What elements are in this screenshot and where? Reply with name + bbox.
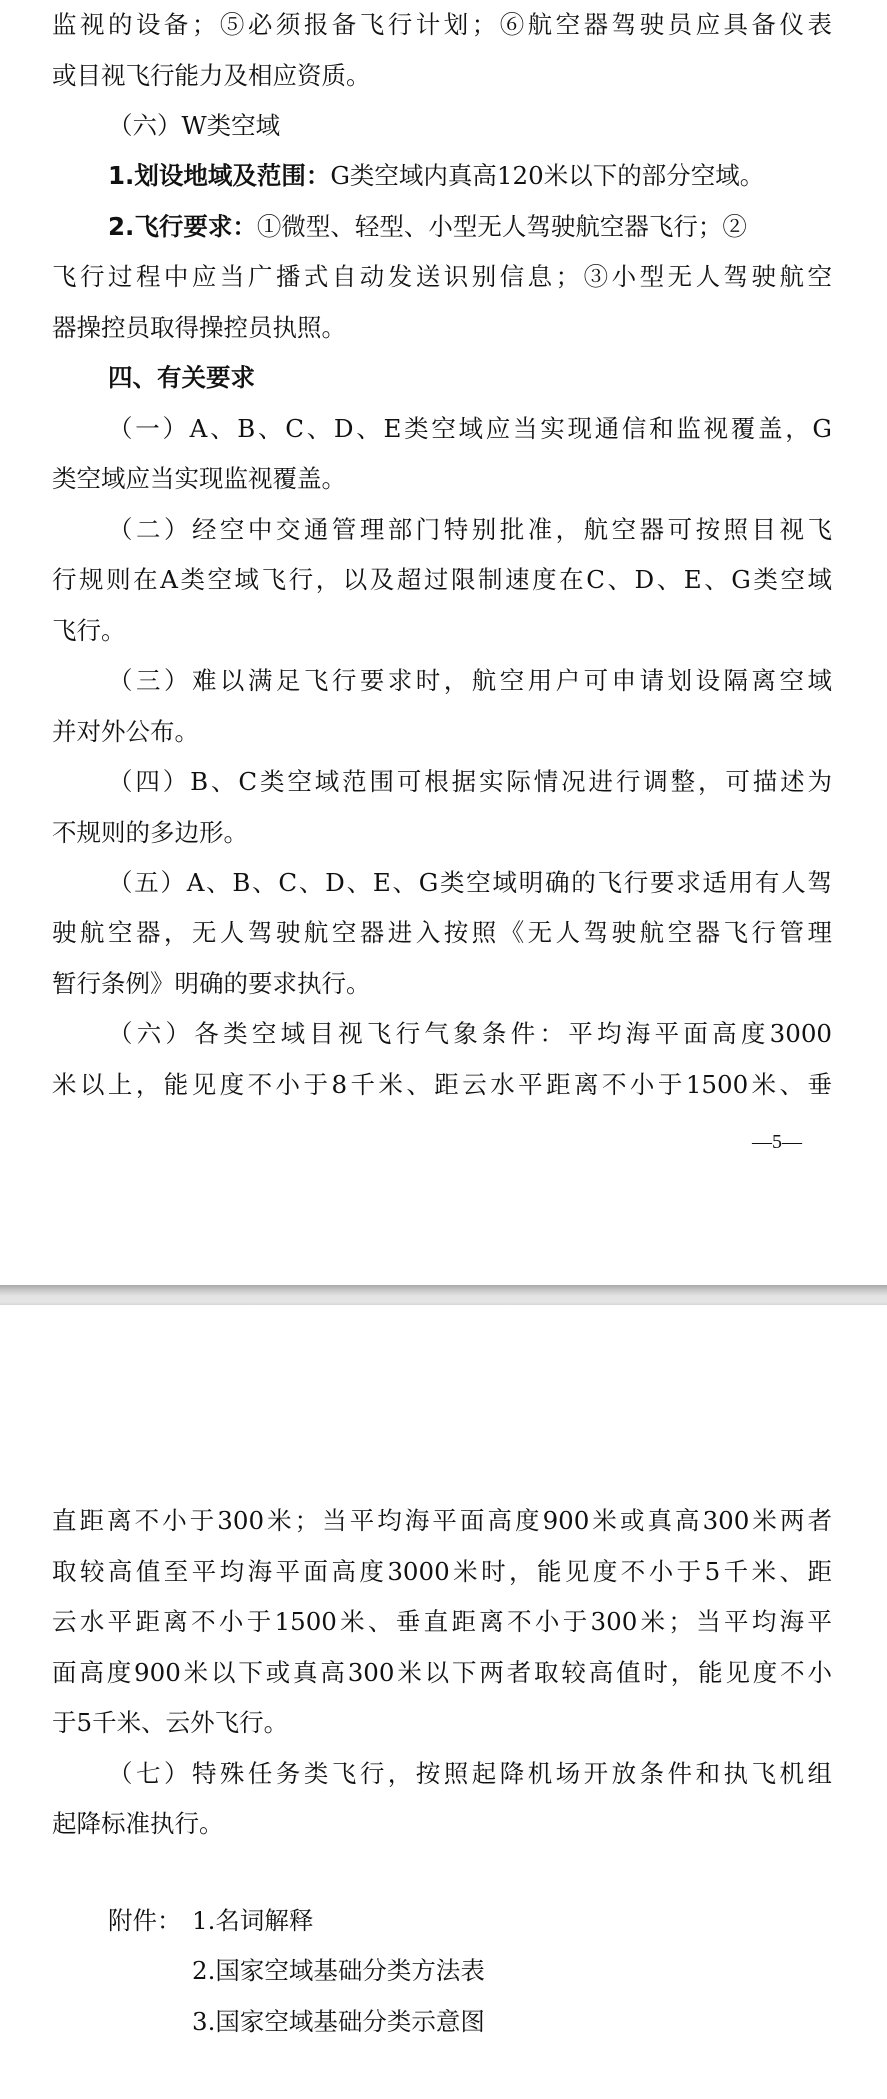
paragraph-line: （三）难以满足飞行要求时，航空用户可申请划设隔离空域 xyxy=(108,666,832,696)
paragraph-line: 直距离不小于300米；当平均海平面高度900米或真高300米两者 xyxy=(52,1506,832,1536)
attachment-item: 1.名词解释 xyxy=(192,1906,313,1936)
paragraph-line: 并对外公布。 xyxy=(52,717,832,747)
paragraph-line: 暂行条例》明确的要求执行。 xyxy=(52,969,832,999)
paragraph-line: 取较高值至平均海平面高度3000米时，能见度不小于5千米、距 xyxy=(52,1557,832,1587)
paragraph-line: （二）经空中交通管理部门特别批准，航空器可按照目视飞 xyxy=(108,515,832,545)
attachment-item: 3.国家空域基础分类示意图 xyxy=(192,2007,485,2037)
paragraph-line: 2.飞行要求：①微型、轻型、小型无人驾驶航空器飞行；② xyxy=(108,212,832,242)
paragraph-line: 于5千米、云外飞行。 xyxy=(52,1708,832,1738)
paragraph-line: 起降标准执行。 xyxy=(52,1809,832,1839)
page-separator xyxy=(0,1285,887,1305)
attachment-item: 2.国家空域基础分类方法表 xyxy=(192,1956,485,1986)
section-heading-w-airspace: （六）W类空域 xyxy=(108,111,832,141)
paragraph-line: 1.划设地域及范围：G类空域内真高120米以下的部分空域。 xyxy=(108,161,832,191)
item-text: ①微型、轻型、小型无人驾驶航空器飞行；② xyxy=(257,212,747,241)
item-label: 1.划设地域及范围： xyxy=(108,161,330,190)
paragraph-line: 飞行。 xyxy=(52,616,832,646)
paragraph-line: 飞行过程中应当广播式自动发送识别信息；③小型无人驾驶航空 xyxy=(52,262,832,292)
section-heading-requirements: 四、有关要求 xyxy=(108,363,832,393)
paragraph-line: 面高度900米以下或真高300米以下两者取较高值时，能见度不小 xyxy=(52,1658,832,1688)
paragraph-line: 米以上，能见度不小于8千米、距云水平距离不小于1500米、垂 xyxy=(52,1070,832,1100)
page-number: —5— xyxy=(752,1129,802,1155)
paragraph-line: （七）特殊任务类飞行，按照起降机场开放条件和执飞机组 xyxy=(108,1759,832,1789)
item-text: G类空域内真高120米以下的部分空域。 xyxy=(330,161,764,190)
paragraph-line: （五）A、B、C、D、E、G类空域明确的飞行要求适用有人驾 xyxy=(108,868,832,898)
paragraph-line: 不规则的多边形。 xyxy=(52,818,832,848)
item-label: 2.飞行要求： xyxy=(108,212,257,241)
paragraph-line: 类空域应当实现监视覆盖。 xyxy=(52,464,832,494)
paragraph-line: 行规则在A类空域飞行，以及超过限制速度在C、D、E、G类空域 xyxy=(52,565,832,595)
document-page-5: 监视的设备；⑤必须报备飞行计划；⑥航空器驾驶员应具备仪表 或目视飞行能力及相应资… xyxy=(0,0,887,1285)
paragraph-line: （一）A、B、C、D、E类空域应当实现通信和监视覆盖，G xyxy=(108,414,832,444)
paragraph-line: （六）各类空域目视飞行气象条件：平均海平面高度3000 xyxy=(108,1019,832,1049)
paragraph-line: 器操控员取得操控员执照。 xyxy=(52,313,832,343)
paragraph-line: （四）B、C类空域范围可根据实际情况进行调整，可描述为 xyxy=(108,767,832,797)
paragraph-line: 监视的设备；⑤必须报备飞行计划；⑥航空器驾驶员应具备仪表 xyxy=(52,10,832,40)
paragraph-line: 驶航空器，无人驾驶航空器进入按照《无人驾驶航空器飞行管理 xyxy=(52,918,832,948)
attachments-label: 附件： xyxy=(108,1906,182,1936)
paragraph-line: 或目视飞行能力及相应资质。 xyxy=(52,61,832,91)
paragraph-line: 云水平距离不小于1500米、垂直距离不小于300米；当平均海平 xyxy=(52,1607,832,1637)
